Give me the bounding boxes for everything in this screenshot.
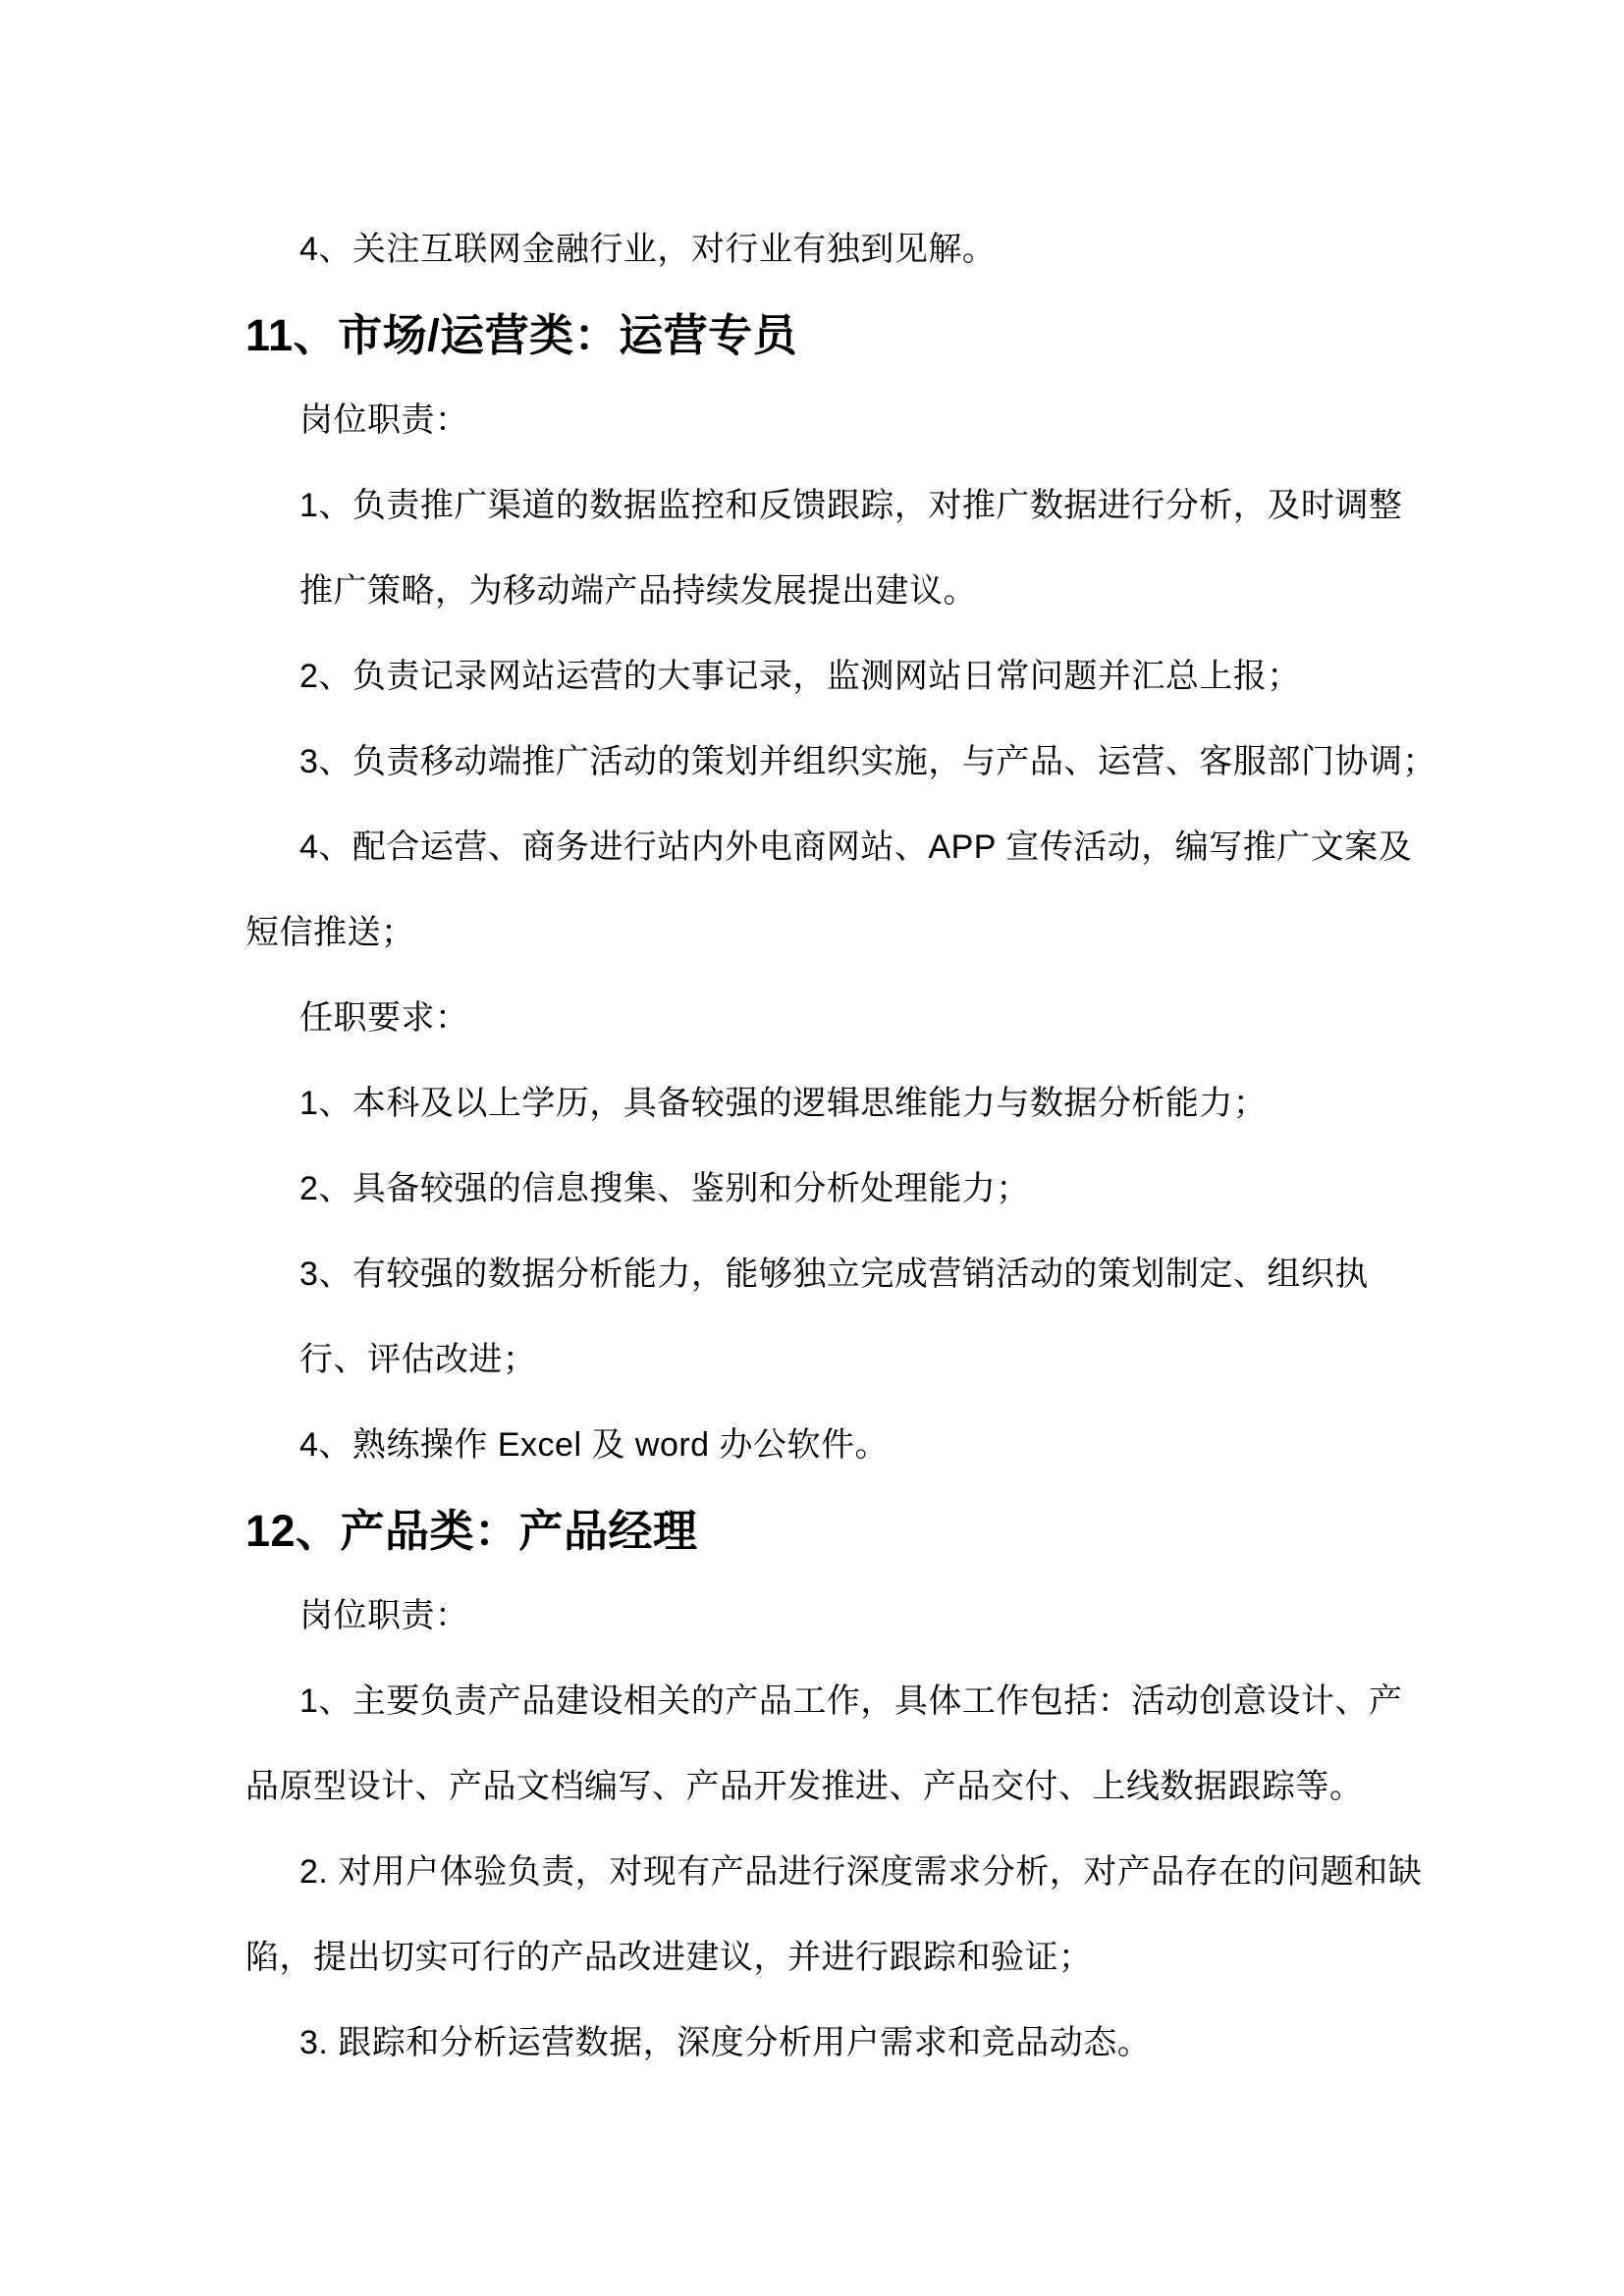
paragraph-line: 推广策略，为移动端产品持续发展提出建议。 bbox=[0, 545, 1624, 630]
paragraph-line: 1、本科及以上学历，具备较强的逻辑思维能力与数据分析能力； bbox=[0, 1057, 1624, 1143]
paragraph-line: 1、主要负责产品建设相关的产品工作，具体工作包括：活动创意设计、产 bbox=[0, 1655, 1624, 1740]
document-page: 4、关注互联网金融行业，对行业有独到见解。11、市场/运营类：运营专员岗位职责：… bbox=[0, 0, 1624, 2296]
paragraph-line: 品原型设计、产品文档编写、产品开发推进、产品交付、上线数据跟踪等。 bbox=[0, 1740, 1624, 1826]
document-content: 4、关注互联网金融行业，对行业有独到见解。11、市场/运营类：运营专员岗位职责：… bbox=[0, 203, 1624, 2082]
paragraph-line: 1、负责推广渠道的数据监控和反馈跟踪，对推广数据进行分析，及时调整 bbox=[0, 459, 1624, 545]
paragraph-line: 行、评估改进； bbox=[0, 1313, 1624, 1399]
paragraph-line: 任职要求： bbox=[0, 972, 1624, 1057]
paragraph-line: 3、负责移动端推广活动的策划并组织实施，与产品、运营、客服部门协调； bbox=[0, 716, 1624, 801]
paragraph-line: 岗位职责： bbox=[0, 1570, 1624, 1655]
paragraph-line: 2、负责记录网站运营的大事记录，监测网站日常问题并汇总上报； bbox=[0, 630, 1624, 716]
paragraph-line: 4、熟练操作 Excel 及 word 办公软件。 bbox=[0, 1399, 1624, 1484]
paragraph-line: 3. 跟踪和分析运营数据，深度分析用户需求和竞品动态。 bbox=[0, 1997, 1624, 2082]
section-heading: 11、市场/运营类：运营专员 bbox=[0, 289, 1624, 374]
section-heading: 12、产品类：产品经理 bbox=[0, 1484, 1624, 1570]
paragraph-line: 岗位职责： bbox=[0, 374, 1624, 459]
paragraph-line: 2、具备较强的信息搜集、鉴别和分析处理能力； bbox=[0, 1143, 1624, 1228]
paragraph-line: 3、有较强的数据分析能力，能够独立完成营销活动的策划制定、组织执 bbox=[0, 1228, 1624, 1313]
paragraph-line: 4、关注互联网金融行业，对行业有独到见解。 bbox=[0, 203, 1624, 289]
paragraph-line: 2. 对用户体验负责，对现有产品进行深度需求分析，对产品存在的问题和缺 bbox=[0, 1826, 1624, 1911]
paragraph-line: 短信推送； bbox=[0, 886, 1624, 972]
paragraph-line: 陷，提出切实可行的产品改进建议，并进行跟踪和验证； bbox=[0, 1911, 1624, 1997]
paragraph-line: 4、配合运营、商务进行站内外电商网站、APP 宣传活动，编写推广文案及 bbox=[0, 801, 1624, 886]
